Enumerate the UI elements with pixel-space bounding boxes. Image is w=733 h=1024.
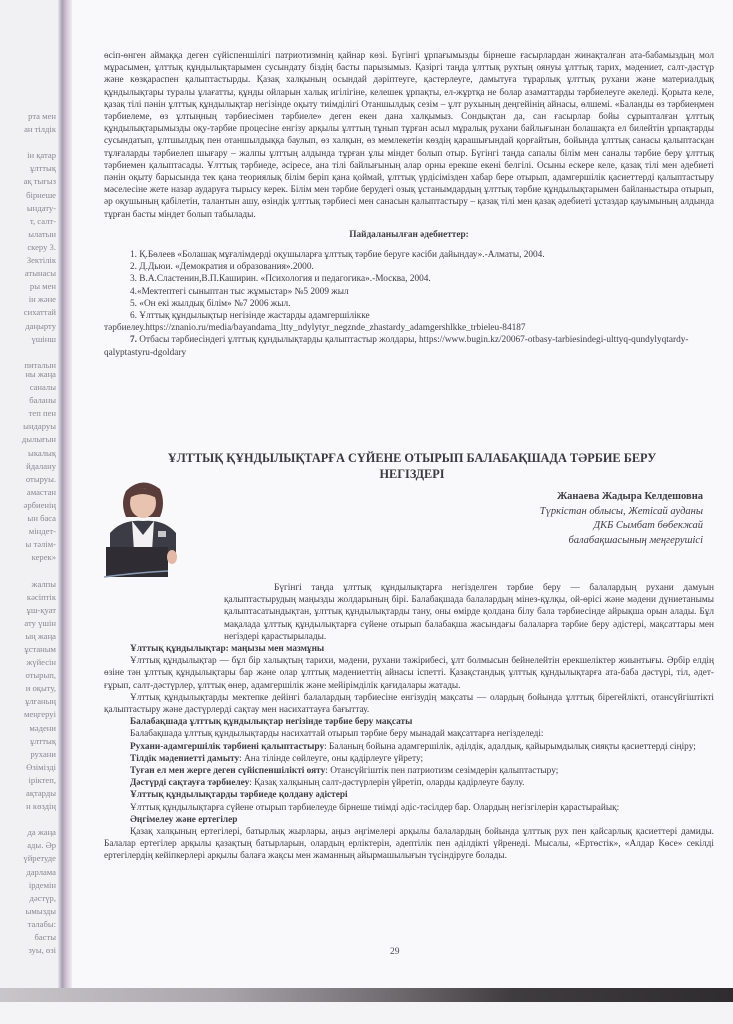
facing-page-text-middle: ны жаңа саналы баланы теп пен ындаруы ды… [0,368,56,957]
goal-item: Дәстүрді сақтауға тәрбиелеу: Қазақ халқы… [104,777,714,789]
scan-bottom-margin [0,1002,733,1024]
page-number: 29 [390,947,400,957]
reference-number: 7. [130,335,137,345]
reference-item: 4.«Мектептегі сыныптан тыс жұмыстар» №5 … [130,286,714,298]
reference-item: 5. «Он екі жылдық білім» №7 2006 жыл. [130,298,714,310]
reference-item: 3. В.А.Сластенин,В.П.Каширин. «Психологи… [130,273,714,285]
references-list: 1. Қ.Бөлеев «Болашақ мұғалімдерді оқушыл… [104,249,714,359]
author-affiliation: Түркістан облысы, Жетісай ауданы [540,505,703,520]
scanner-edge-shadow [0,988,733,1002]
author-photo [102,473,184,580]
section-heading: Балабақшада ұлттық құндылықтар негізінде… [104,716,714,728]
paragraph: Ұлттық құндылықтарға сүйене отырып тәрби… [104,802,714,814]
article-title-line: ҰЛТТЫҚ ҚҰНДЫЛЫҚТАРҒА СҮЙЕНЕ ОТЫРЫП БАЛАБ… [112,450,712,466]
author-affiliation: ДКБ Сымбат бөбекжай [540,519,703,534]
book-gutter-shadow [58,0,72,1024]
goal-text: : Баланың бойына адамгершілік, әділдік, … [324,742,696,752]
references-heading: Пайдаланылған әдебиеттер: [104,229,714,241]
paragraph: Қазақ халқының ертегілері, батырлық жырл… [104,826,714,863]
goal-label: Дәстүрді сақтауға тәрбиелеу [130,778,249,788]
closing-paragraph: өсіп-өнген аймаққа деген сүйіспеншілігі … [104,50,714,221]
goal-text: : Ана тілінде сөйлеуге, оны қадірлеуге ү… [239,754,423,764]
facing-page-text-top: рта мен ан тілдік ін қатар ұлттық ақ тығ… [0,110,56,372]
goal-item: Туған ел мен жерге деген сүйіспеншілікті… [104,765,714,777]
section-heading: Ұлттық құндылықтарды тәрбиеде қолдану әд… [104,789,714,801]
reference-item: 1. Қ.Бөлеев «Болашақ мұғалімдерді оқушыл… [130,249,714,261]
paragraph: Балабақшада ұлттық құндылықтарды насихат… [104,728,714,740]
goal-label: Тілдік мәдениетті дамыту [130,754,239,764]
goal-item: Рухани-адамгершілік тәрбиені қалыптастыр… [104,741,714,753]
goal-label: Рухани-адамгершілік тәрбиені қалыптастыр… [130,742,324,752]
reference-item: 2. Д.Дьюи. «Демократия и образования».20… [130,261,714,273]
reference-text: Отбасы тәрбиесіндегі ұлттық құндылықтард… [104,335,689,357]
subsection-heading: Әңгімелеу және ертегілер [104,814,714,826]
goal-text: : Қазақ халқының салт-дәстүрлерін үйреті… [249,778,524,788]
document-page: өсіп-өнген аймаққа деген сүйіспеншілігі … [72,0,733,1024]
facing-page-bleed: рта мен ан тілдік ін қатар ұлттық ақ тығ… [0,0,58,1024]
article-title-line: НЕГІЗДЕРІ [112,466,712,482]
goal-item: Тілдік мәдениетті дамыту: Ана тілінде сө… [104,753,714,765]
reference-item-7: 7. Отбасы тәрбиесіндегі ұлттық құндылықт… [104,334,714,358]
paragraph: Ұлттық құндылықтар — бұл бір халықтың та… [104,655,714,692]
author-affiliation: балабақшасының меңгерушісі [540,534,703,549]
article-title: ҰЛТТЫҚ ҚҰНДЫЛЫҚТАРҒА СҮЙЕНЕ ОТЫРЫП БАЛАБ… [112,450,712,482]
paragraph: Ұлттық құндылықтарды мектепке дейінгі ба… [104,692,714,716]
intro-paragraph: Бүгінгі таңда ұлттық құндылықтарға негіз… [224,582,714,643]
goal-text: : Отансүйгіштік пен патриотизм сезімдері… [325,766,558,776]
article-body: Бүгінгі таңда ұлттық құндылықтарға негіз… [104,582,714,863]
author-name: Жанаева Жадыра Келдешовна [540,490,703,505]
author-block: Жанаева Жадыра Келдешовна Түркістан облы… [540,490,703,548]
reference-link[interactable]: тәрбиелеу.https://znanio.ru/media/bayand… [104,322,714,334]
reference-item: 6. Ұлттық құндылықтыр негізінде жастарды… [130,310,714,322]
previous-article-end: өсіп-өнген аймаққа деген сүйіспеншілігі … [104,50,714,359]
goal-label: Туған ел мен жерге деген сүйіспеншілікті… [130,766,325,776]
section-heading: Ұлттық құндылықтар: маңызы мен мазмұны [104,643,714,655]
